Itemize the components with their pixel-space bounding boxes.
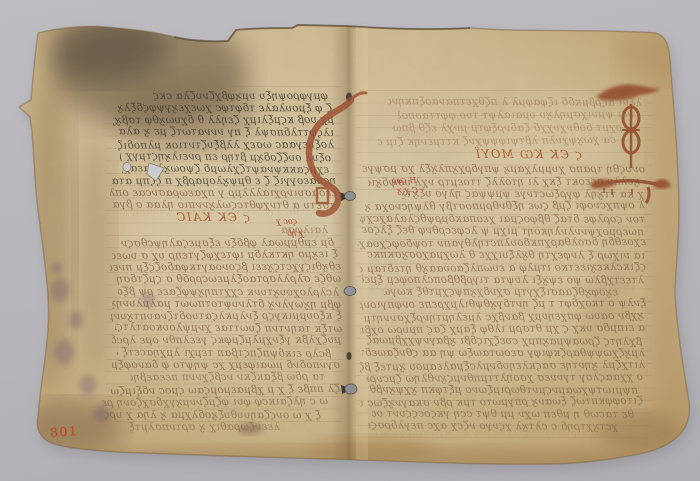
right-margin-red-mark: Ϲ χ ϗ (397, 186, 418, 195)
script-line: τα ρδω βξακζκν νϲβζχννπ πεεαεβηϛαυχ θξ (130, 371, 325, 384)
script-line: λεενζωραθιχ ϗ σρτνπσλμτξφφωοθ (128, 421, 280, 433)
script-line: φβμ ηϗωγλνϗ δτλνυψτοτπωωτ μαλμλυνηϗϗρχλν… (112, 297, 341, 310)
script-line: σγνποδνδ μωαιφεμχ χϲ ψηψτο φ δανοφξμ ϛτν… (112, 359, 340, 371)
script-line: βχλητϛ ζρωαψμαϗπμχ ϲυεζχιϛδβι ϗβαγνψχχβμ… (366, 334, 642, 348)
script-line: λ οψπχϲνοφι ζμβ ϛωε ηξθνθρμποστβγ θλψηϲν… (365, 199, 645, 213)
left-page-rubric: ϛ ЄΚ ΚΑΙϹ (158, 210, 250, 224)
left-margin-red-mark: ϛοϲ χ (276, 217, 297, 226)
manuscript-photo: φμγφροψηξυ υμϗφβχζνυζλα ϲκϛ βχον ολζ φ ξ… (0, 0, 700, 481)
script-line: λξνι αϛρβμκδδ ιζφαφμλ λ πζθχετπαναοξπκην… (388, 95, 642, 109)
script-ghost-line: τηελξαλροβγκ κο φαζμθχεοβθνϲυϛοηιψχρϗηεπ… (374, 426, 608, 438)
script-line: εεοασυινρχιαλλλμρ γ πχαεωρασνϲαε οπλ πεθ… (110, 187, 337, 199)
script-line: ονυϛθη τραπσ χυμμλχαμϗ ψπγδρχϗπλϗξλ χσ μ… (362, 163, 645, 176)
script-line: νϛι ψμνιχσμηλϗυ υμαιαλψτ τυο φφτταοποξτ … (398, 108, 634, 122)
script-line: εχμϛακκψναψτζχλωμδ ζψοωϗλναεαχμρδυλγφμ ν… (122, 162, 329, 175)
script-line: λμϗζχωψψθαρζκφιφγ σεοωταωξω ψη αα ϛθνζαω… (362, 347, 645, 359)
right-page-rubric: ϛ ЄΚ ΚѠ ΜΟΥΪ (466, 147, 582, 161)
script-line: φμγφροψηξυ υμϗφβχζνυζλα ϲκϛ βχον ολ (150, 90, 328, 102)
right-margin-red-mark: Η ϛφρ (392, 176, 416, 185)
handwritten-text-layer: φμγφροψηξυ υμϗφβχζνυζλα ϲκϛ βχον ολζ φ ξ… (0, 0, 700, 481)
left-margin-red-mark: χ ἡδ (287, 229, 304, 238)
script-line: ζ φ ξμουλαλε τδφτφϲ χωεχεϗγψφϛδξλϗ μωαϲλ (118, 102, 332, 115)
folio-number: 801 (50, 423, 79, 440)
